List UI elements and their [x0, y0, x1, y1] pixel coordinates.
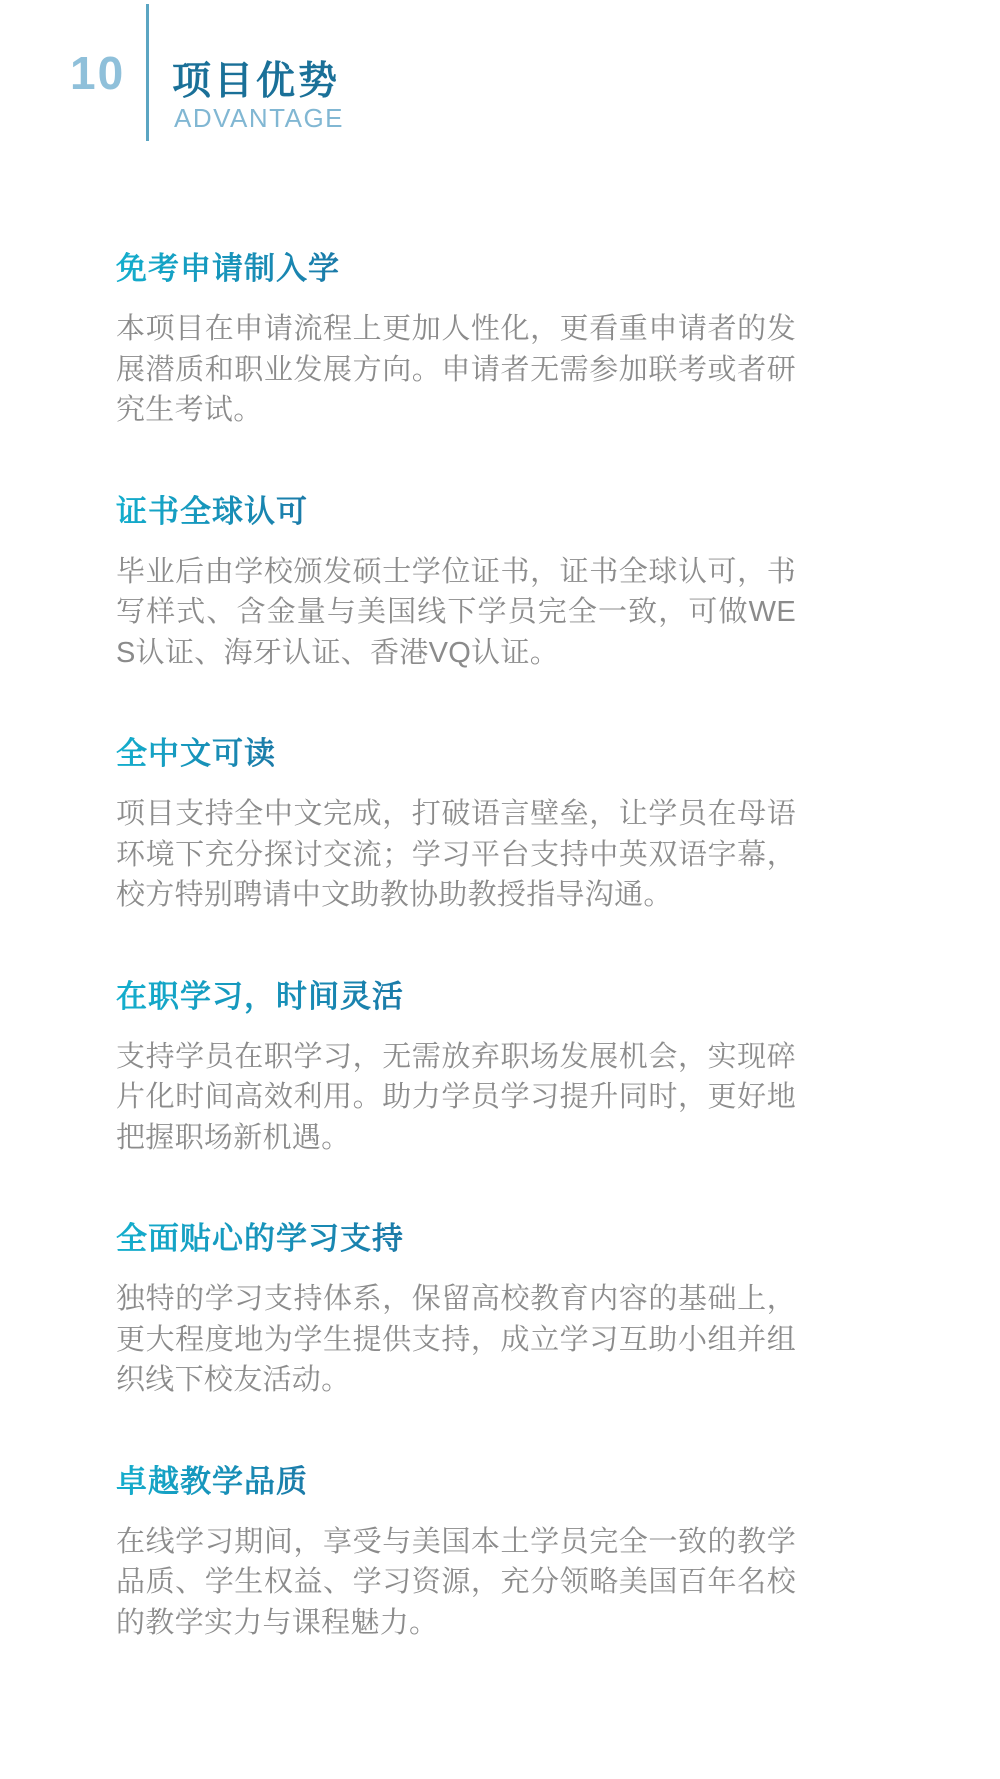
section-heading: 卓越教学品质: [116, 1465, 308, 1499]
section-heading: 证书全球认可: [116, 495, 308, 529]
section-full-chinese: 全中文可读 项目支持全中文完成，打破语言壁垒，让学员在母语环境下充分探讨交流；学…: [116, 737, 796, 916]
section-body: 项目支持全中文完成，打破语言壁垒，让学员在母语环境下充分探讨交流；学习平台支持中…: [116, 794, 796, 916]
page-title: 项目优势: [172, 50, 340, 106]
section-body: 支持学员在职学习，无需放弃职场发展机会，实现碎片化时间高效利用。助力学员学习提升…: [116, 1037, 796, 1159]
advantage-sections: 免考申请制入学 本项目在申请流程上更加人性化，更看重申请者的发展潜质和职业发展方…: [116, 252, 796, 1707]
section-global-certificate: 证书全球认可 毕业后由学校颁发硕士学位证书，证书全球认可，书写样式、含金量与美国…: [116, 495, 796, 674]
section-body: 毕业后由学校颁发硕士学位证书，证书全球认可，书写样式、含金量与美国线下学员完全一…: [116, 552, 796, 674]
section-teaching-quality: 卓越教学品质 在线学习期间，享受与美国本土学员完全一致的教学品质、学生权益、学习…: [116, 1465, 796, 1644]
section-body: 本项目在申请流程上更加人性化，更看重申请者的发展潜质和职业发展方向。申请者无需参…: [116, 309, 796, 431]
section-exam-free-admission: 免考申请制入学 本项目在申请流程上更加人性化，更看重申请者的发展潜质和职业发展方…: [116, 252, 796, 431]
page-subtitle: ADVANTAGE: [174, 103, 344, 134]
section-heading: 在职学习，时间灵活: [116, 980, 404, 1014]
section-heading: 全中文可读: [116, 737, 276, 771]
section-flexible-time: 在职学习，时间灵活 支持学员在职学习，无需放弃职场发展机会，实现碎片化时间高效利…: [116, 980, 796, 1159]
section-body: 独特的学习支持体系，保留高校教育内容的基础上，更大程度地为学生提供支持，成立学习…: [116, 1279, 796, 1401]
page-number: 10: [70, 46, 125, 100]
section-body: 在线学习期间，享受与美国本土学员完全一致的教学品质、学生权益、学习资源，充分领略…: [116, 1522, 796, 1644]
header-divider: [146, 4, 149, 141]
section-heading: 免考申请制入学: [116, 252, 340, 286]
section-heading: 全面贴心的学习支持: [116, 1222, 404, 1256]
section-learning-support: 全面贴心的学习支持 独特的学习支持体系，保留高校教育内容的基础上，更大程度地为学…: [116, 1222, 796, 1401]
